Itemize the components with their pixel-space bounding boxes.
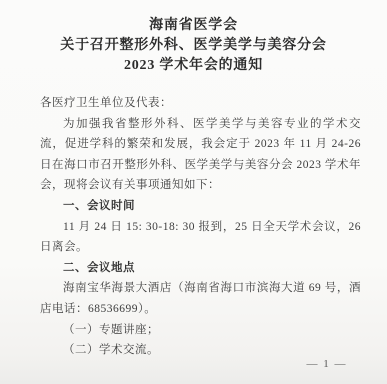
salutation: 各医疗卫生单位及代表： (40, 93, 361, 114)
title-line-org: 海南省医学会 (0, 16, 387, 36)
section-body-meeting-venue: 海南宝华海景大酒店（海南省海口市滨海大道 69 号，酒店电话：68536699）… (40, 278, 361, 319)
section-body-meeting-time: 11 月 24 日 15: 30-18: 30 报到，25 日全天学术会议，26… (40, 217, 361, 258)
section-heading-meeting-venue: 二、会议地点 (40, 258, 361, 279)
page-number: — 1 — (307, 358, 348, 370)
document-body: 各医疗卫生单位及代表： 为加强我省整形外科、医学美学与美容专业的学术交流，促进学… (40, 93, 361, 361)
scanned-notice-page: 海南省医学会 关于召开整形外科、医学美学与美容分会 2023 学术年会的通知 各… (0, 0, 387, 384)
title-line-year: 2023 学术年会的通知 (0, 56, 387, 76)
section-heading-meeting-time: 一、会议时间 (40, 196, 361, 217)
list-item-lecture: （一）专题讲座； (40, 320, 361, 341)
title-line-subject: 关于召开整形外科、医学美学与美容分会 (0, 36, 387, 56)
document-title: 海南省医学会 关于召开整形外科、医学美学与美容分会 2023 学术年会的通知 (0, 0, 387, 76)
intro-paragraph: 为加强我省整形外科、医学美学与美容专业的学术交流，促进学科的繁荣和发展，我会定于… (40, 114, 361, 196)
